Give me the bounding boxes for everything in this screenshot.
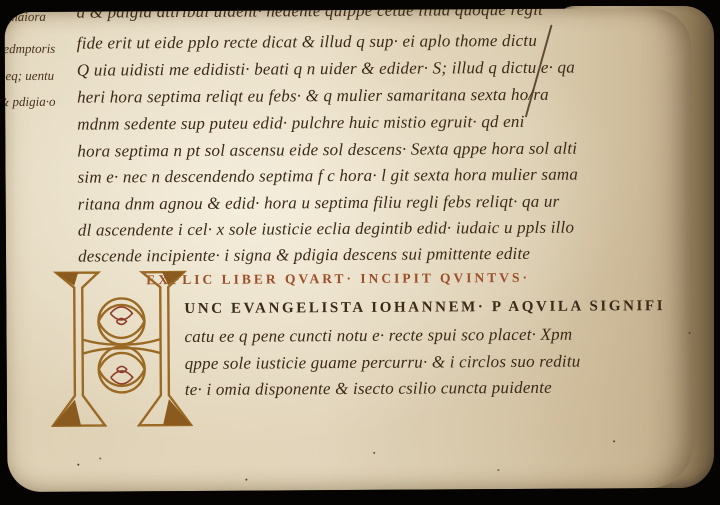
text-line: qppe sole iusticie guame percurru· & i c… [185,352,581,374]
marginal-gloss: redmptoris [5,42,73,57]
text-line: a & pdigia attribui uident· nedente quip… [76,8,543,22]
ink-specks [77,464,79,466]
text-line: heri hora septima reliqt eu febs· & q mu… [77,85,549,107]
text-line: te· i omia disponente & isecto csilio cu… [185,378,552,400]
text-line: hora septima n pt sol ascensu eide sol d… [77,139,577,162]
marginal-gloss: & pdigia·o [5,95,74,110]
text-line: catu ee q pene cuncti notu e· recte spui… [184,325,572,347]
incipit-capitals-line: UNC EVANGELISTA IOHANNEM· P AQVILA SIGNI… [184,299,665,317]
text-line: mdnm sedente sup puteu edid· pulchre hui… [77,112,524,134]
rubric-explicit-incipit: EXPLIC LIBER QVART· INCIPIT QVINTVS· [146,271,530,287]
text-line: ritana dnm agnou & edid· hora u septima … [78,192,560,214]
text-line: descende incipiente· i signa & pdigia de… [78,244,530,266]
manuscript-leaf: o maiora redmptoris neq; uentu & pdigia·… [5,8,695,492]
text-line: fide erit ut eide pplo recte dicat & ill… [77,31,537,53]
text-line: dl ascendente i cel· x sole iusticie ecl… [78,218,574,241]
marginal-gloss: o maiora [5,10,73,25]
text-line: sim e· nec n descendendo septima f c hor… [77,165,578,188]
decorated-initial-H [50,269,193,434]
initial-ornament-graphic [50,269,193,434]
marginal-gloss: neq; uentu [5,69,73,84]
text-line: Q uia uidisti me edidisti· beati q n uid… [77,58,575,81]
manuscript-photograph: o maiora redmptoris neq; uentu & pdigia·… [0,0,720,505]
